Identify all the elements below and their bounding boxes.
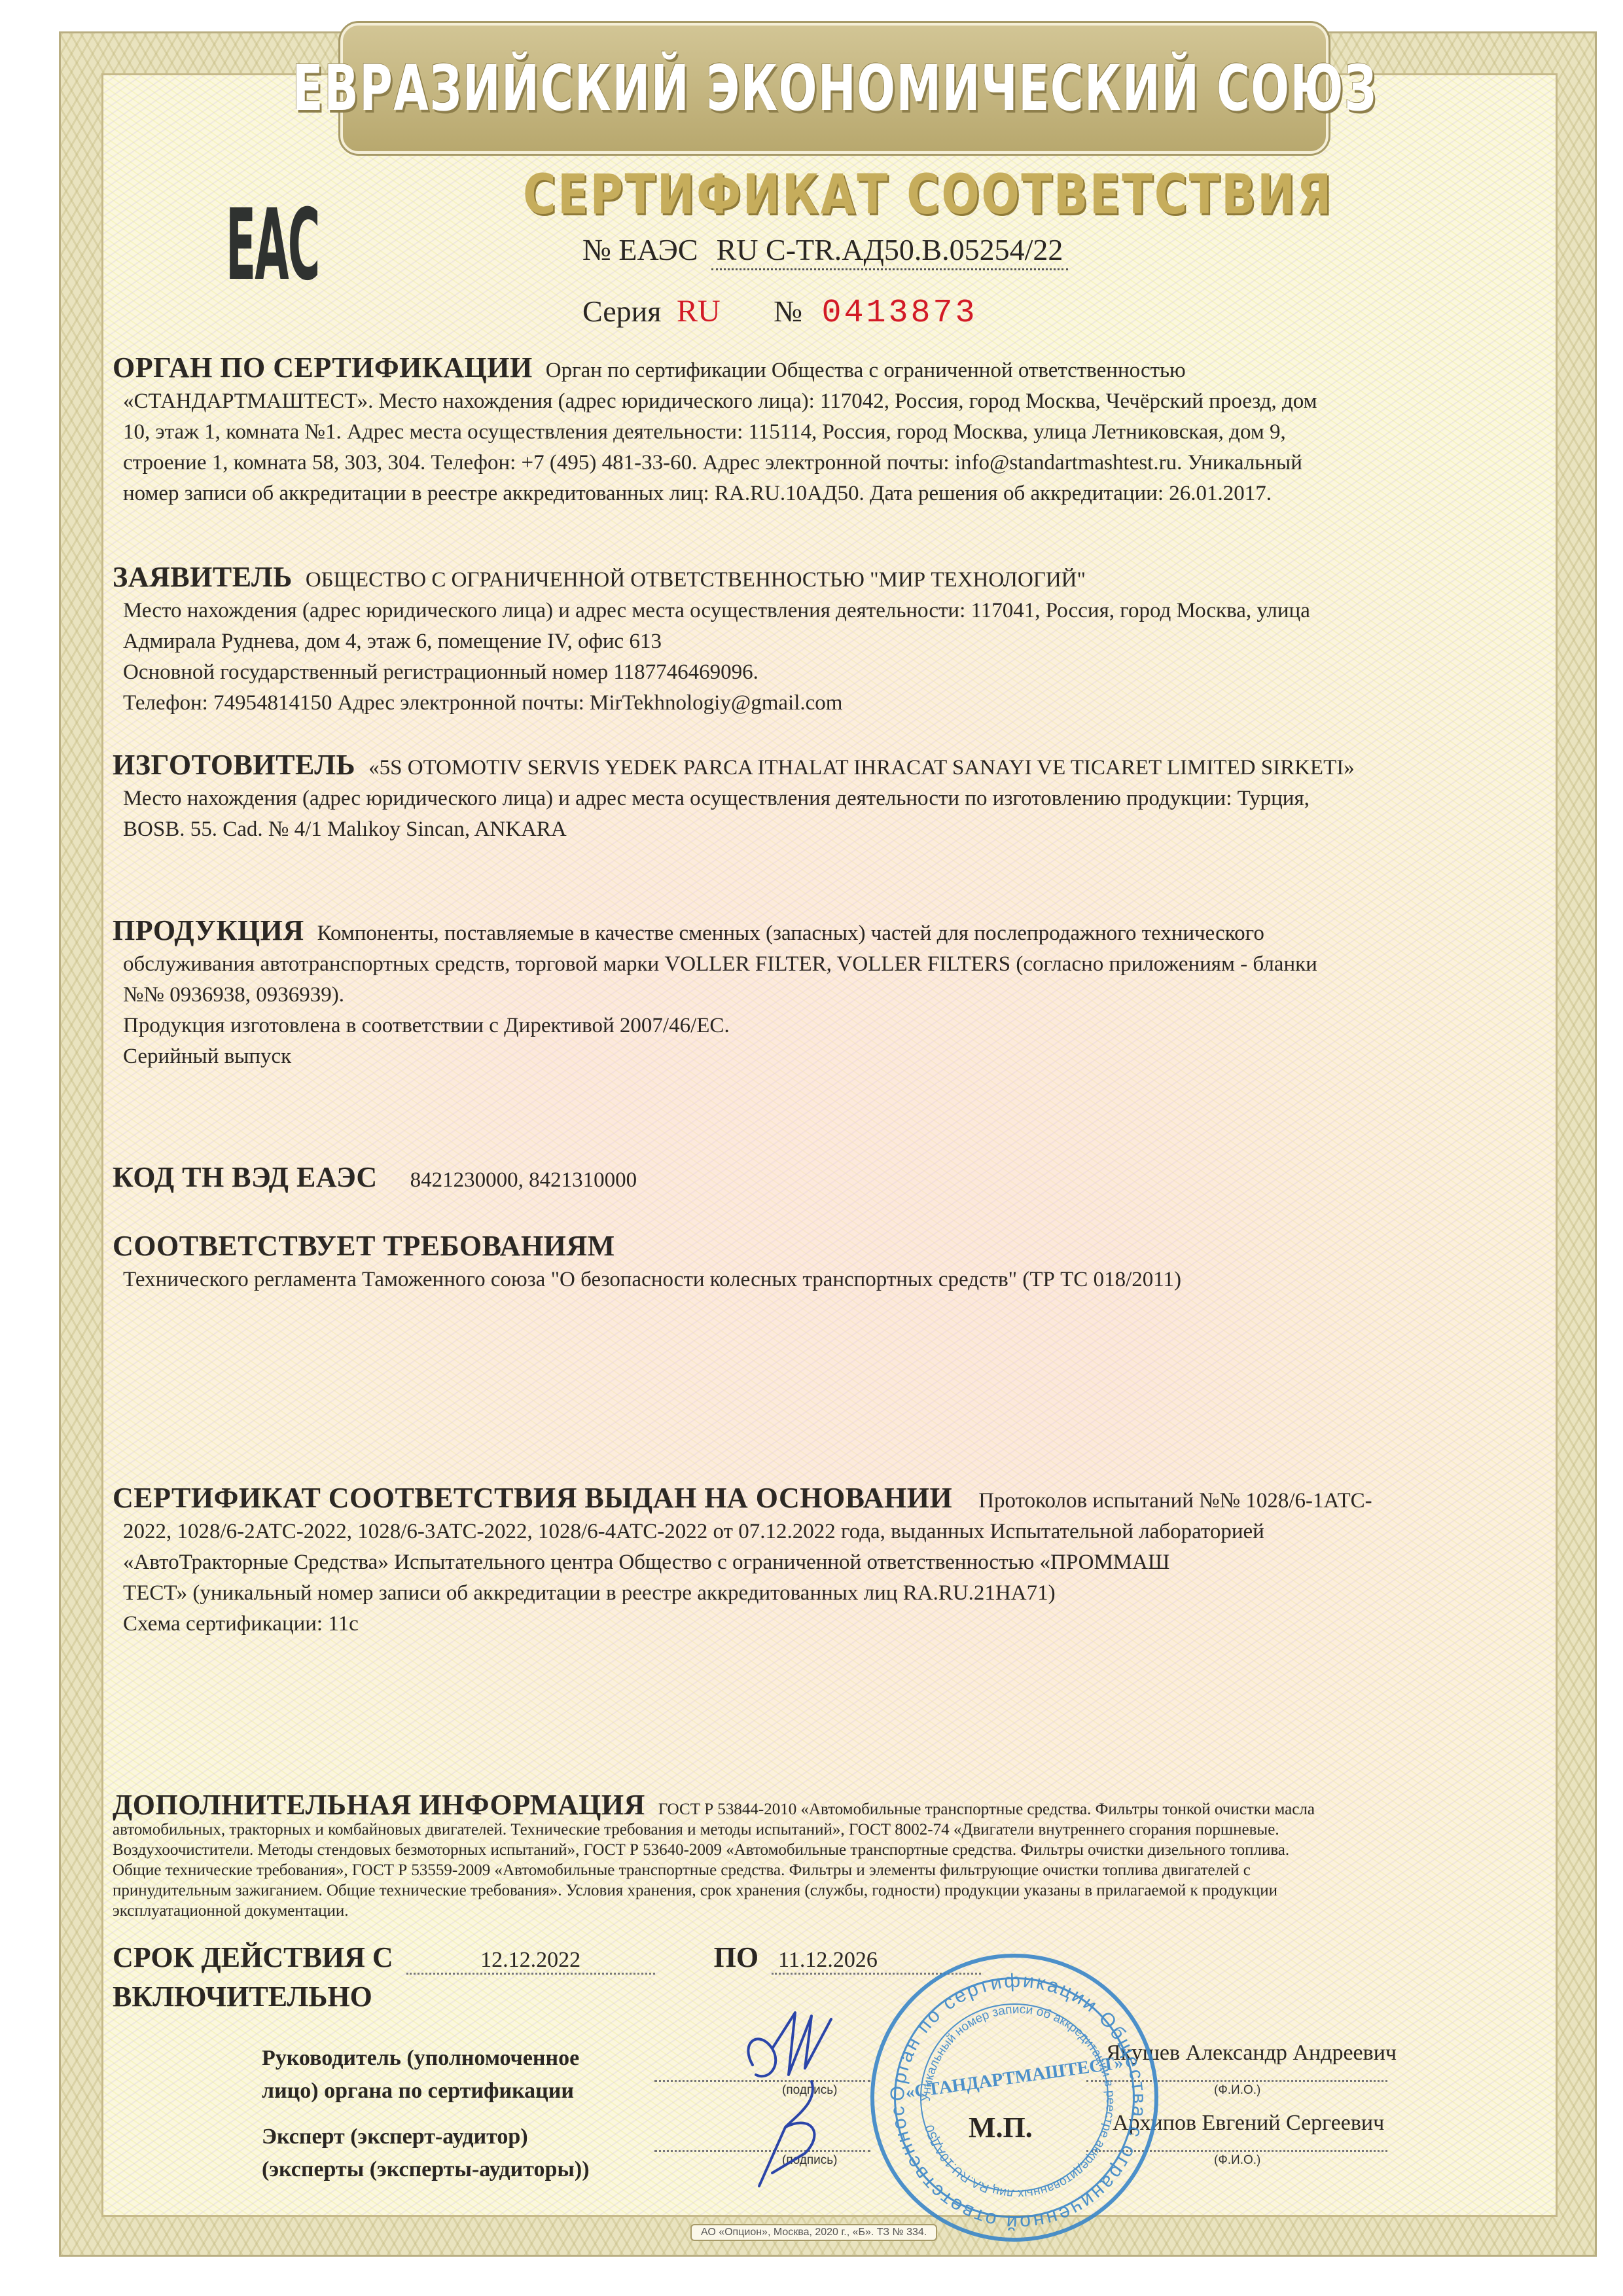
certificate-number-value: RU C-TR.АД50.B.05254/22	[711, 232, 1069, 270]
head-signatory-label: Руководитель (уполномоченное лицо) орган…	[262, 2042, 579, 2108]
text-line: «СТАНДАРТМАШТЕСТ». Место нахождения (адр…	[113, 386, 1552, 417]
text-line: автомобильных, тракторных и комбайновых …	[113, 1820, 1552, 1840]
expert-label-line: (эксперты (эксперты-аудиторы))	[262, 2153, 590, 2186]
section-heading: ОРГАН ПО СЕРТИФИКАЦИИ	[113, 351, 533, 384]
printer-imprint: АО «Опцион», Москва, 2020 г., «Б». ТЗ № …	[690, 2224, 937, 2241]
text-line: Место нахождения (адрес юридического лиц…	[113, 596, 1552, 626]
expert-label-line: Эксперт (эксперт-аудитор)	[262, 2121, 590, 2153]
text-line: Адмирала Руднева, дом 4, этаж 6, помещен…	[113, 626, 1552, 657]
union-banner: ЕВРАЗИЙСКИЙ ЭКОНОМИЧЕСКИЙ СОЮЗ	[340, 23, 1329, 154]
section-heading: СООТВЕТСТВУЕТ ТРЕБОВАНИЯМ	[113, 1230, 615, 1262]
text-line: обслуживания автотранспортных средств, т…	[113, 949, 1552, 980]
text-line: Продукция изготовлена в соответствии с Д…	[113, 1011, 1552, 1041]
requirements-section: СООТВЕТСТВУЕТ ТРЕБОВАНИЯМ Технического р…	[113, 1230, 1552, 1295]
union-title: ЕВРАЗИЙСКИЙ ЭКОНОМИЧЕСКИЙ СОЮЗ	[292, 52, 1377, 125]
validity-from-date: 12.12.2022	[406, 1948, 655, 1975]
text-line: №№ 0936938, 0936939).	[113, 980, 1552, 1011]
text-line: эксплуатационной документации.	[113, 1901, 1552, 1921]
text-line: Технического регламента Таможенного союз…	[113, 1265, 1552, 1295]
certificate-number-label: № ЕАЭС	[582, 233, 698, 266]
text-line: «АвтоТракторные Средства» Испытательного…	[113, 1547, 1552, 1578]
blank-number-value: 0413873	[822, 295, 978, 332]
additional-info-section: ДОПОЛНИТЕЛЬНАЯ ИНФОРМАЦИЯГОСТ Р 53844-20…	[113, 1795, 1552, 1921]
text-line: Основной государственный регистрационный…	[113, 657, 1552, 688]
text-line: Телефон: 74954814150 Адрес электронной п…	[113, 688, 1552, 719]
text-line: 10, этаж 1, комната №1. Адрес места осущ…	[113, 417, 1552, 448]
text-line: Протоколов испытаний №№ 1028/6-1АТС-	[978, 1489, 1372, 1513]
text-line: Серийный выпуск	[113, 1041, 1552, 1072]
text-line: 2022, 1028/6-2АТС-2022, 1028/6-3АТС-2022…	[113, 1516, 1552, 1547]
eac-logo-text: ЕАС	[226, 196, 319, 295]
text-line: Орган по сертификации Общества с огранич…	[546, 359, 1186, 382]
text-line: ГОСТ Р 53844-2010 «Автомобильные транспо…	[658, 1801, 1315, 1818]
hs-code-section: КОД ТН ВЭД ЕАЭС8421230000, 8421310000	[113, 1162, 1552, 1196]
section-heading: СЕРТИФИКАТ СООТВЕТСТВИЯ ВЫДАН НА ОСНОВАН…	[113, 1482, 952, 1514]
section-heading: ЗАЯВИТЕЛЬ	[113, 561, 293, 593]
validity-to-label: ПО	[714, 1941, 758, 1973]
text-line: «5S OTOMOTIV SERVIS YEDEK PARCA ITHALAT …	[368, 756, 1355, 780]
certificate-number: № ЕАЭСRU C-TR.АД50.B.05254/22	[582, 232, 1068, 270]
validity-inclusive-label: ВКЛЮЧИТЕЛЬНО	[113, 1980, 372, 2013]
certification-body-section: ОРГАН ПО СЕРТИФИКАЦИИОрган по сертификац…	[113, 352, 1552, 509]
head-name-caption: (Ф.И.О.)	[1214, 2083, 1260, 2098]
svg-text:Уникальный номер записи об акк: Уникальный номер записи об аккредитации …	[919, 2003, 1117, 2200]
series-value: RU	[677, 294, 721, 329]
expert-name-caption: (Ф.И.О.)	[1214, 2153, 1260, 2168]
head-label-line: лицо) органа по сертификации	[262, 2075, 579, 2108]
product-section: ПРОДУКЦИЯКомпоненты, поставляемые в каче…	[113, 915, 1552, 1072]
text-line: BOSB. 55. Cad. № 4/1 Malıkoy Sincan, ANK…	[113, 814, 1552, 845]
text-line: Общие технические требования», ГОСТ Р 53…	[113, 1860, 1552, 1880]
section-heading: ИЗГОТОВИТЕЛЬ	[113, 749, 355, 781]
text-line: Место нахождения (адрес юридического лиц…	[113, 783, 1552, 814]
text-line: Компоненты, поставляемые в качестве смен…	[317, 922, 1264, 945]
head-label-line: Руководитель (уполномоченное	[262, 2042, 579, 2075]
seal-place-label: М.П.	[969, 2111, 1033, 2144]
manufacturer-section: ИЗГОТОВИТЕЛЬ«5S OTOMOTIV SERVIS YEDEK PA…	[113, 749, 1552, 845]
hs-code-value: 8421230000, 8421310000	[410, 1168, 637, 1192]
series-label: Серия	[582, 295, 661, 328]
document-title: СЕРТИФИКАТ СООТВЕТСТВИЯ	[523, 162, 1113, 226]
eac-logo-icon: ЕАС	[226, 196, 304, 295]
text-line: ОБЩЕСТВО С ОГРАНИЧЕННОЙ ОТВЕТСТВЕННОСТЬЮ…	[306, 568, 1086, 592]
text-line: Воздухоочистители. Методы стендовых безм…	[113, 1840, 1552, 1860]
section-heading: ДОПОЛНИТЕЛЬНАЯ ИНФОРМАЦИЯ	[113, 1789, 645, 1821]
text-line: ТЕСТ» (уникальный номер записи об аккред…	[113, 1578, 1552, 1609]
applicant-section: ЗАЯВИТЕЛЬОБЩЕСТВО С ОГРАНИЧЕННОЙ ОТВЕТСТ…	[113, 562, 1552, 719]
signature-icon	[733, 2003, 877, 2199]
official-stamp-icon: Орган по сертификации Общества с огранич…	[870, 1954, 1158, 2242]
basis-section: СЕРТИФИКАТ СООТВЕТСТВИЯ ВЫДАН НА ОСНОВАН…	[113, 1482, 1552, 1640]
section-heading: ПРОДУКЦИЯ	[113, 914, 304, 946]
text-line: номер записи об аккредитации в реестре а…	[113, 478, 1552, 509]
section-heading: КОД ТН ВЭД ЕАЭС	[113, 1161, 378, 1193]
text-line: принудительным зажиганием. Общие техниче…	[113, 1880, 1552, 1901]
blank-series: Серия RU № 0413873	[582, 293, 978, 332]
text-line: Схема сертификации: 11с	[113, 1609, 1552, 1640]
validity-period: СРОК ДЕЙСТВИЯ С12.12.2022ПО11.12.2026	[113, 1941, 981, 1975]
blank-number-label: №	[774, 295, 802, 328]
validity-from-label: СРОК ДЕЙСТВИЯ С	[113, 1941, 393, 1973]
text-line: строение 1, комната 58, 303, 304. Телефо…	[113, 448, 1552, 478]
expert-signatory-label: Эксперт (эксперт-аудитор) (эксперты (экс…	[262, 2121, 590, 2186]
